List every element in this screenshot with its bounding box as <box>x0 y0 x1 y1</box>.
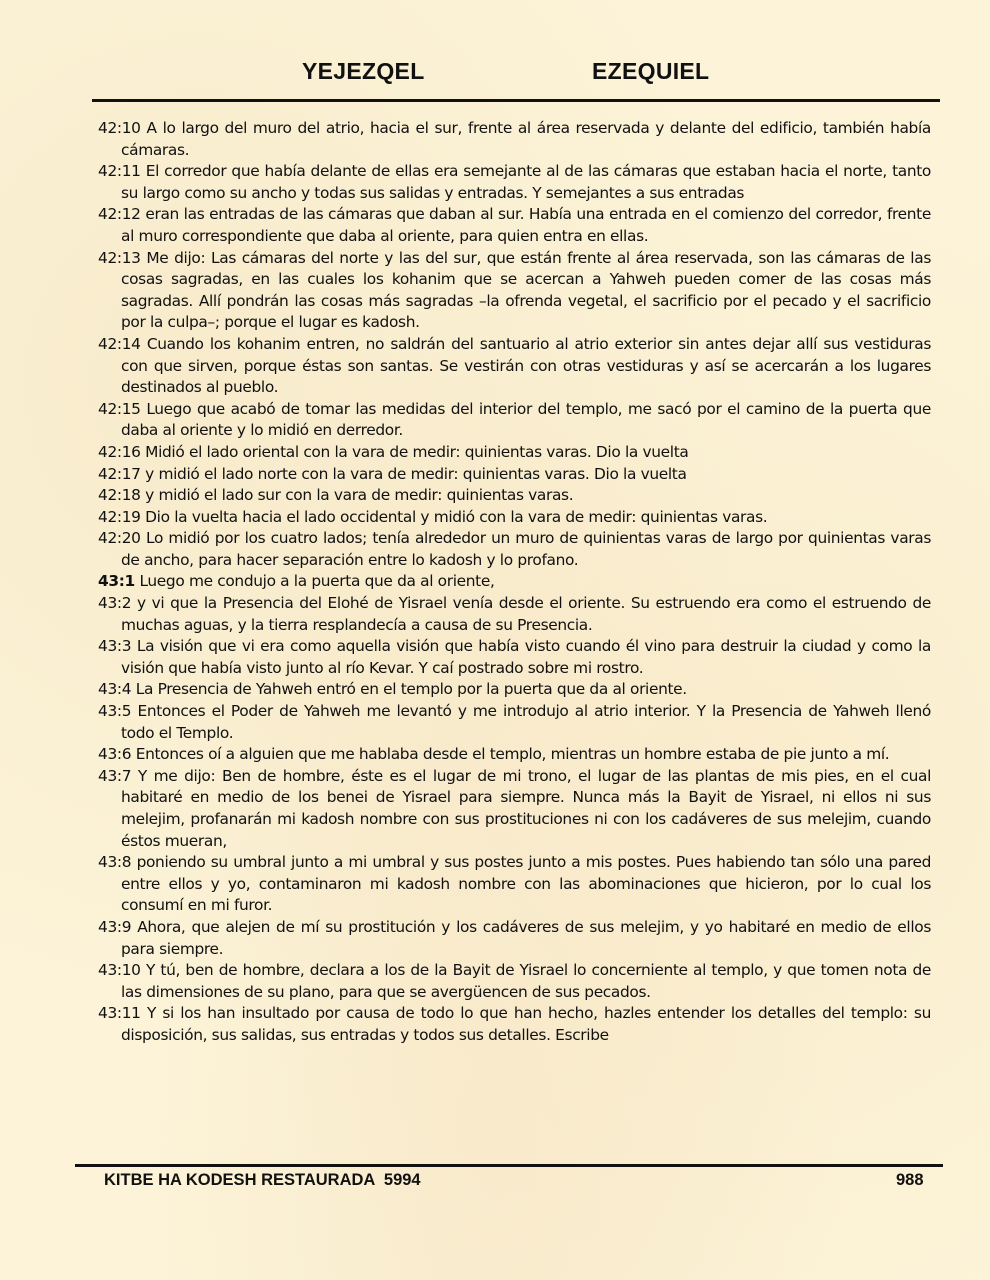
verse: 43:2 y vi que la Presencia del Elohé de … <box>98 593 931 636</box>
verse-reference: 42:18 <box>98 486 141 504</box>
verse: 42:20 Lo midió por los cuatro lados; ten… <box>98 528 931 571</box>
verse: 42:12 eran las entradas de las cámaras q… <box>98 204 931 247</box>
verse-text: Ahora, que alejen de mí su prostitución … <box>121 918 931 958</box>
verse-reference: 43:3 <box>98 637 131 655</box>
verse-reference: 42:20 <box>98 529 141 547</box>
verse-text: Me dijo: Las cámaras del norte y las del… <box>121 249 931 332</box>
verse-text: Midió el lado oriental con la vara de me… <box>145 443 688 461</box>
verse: 43:8 poniendo su umbral junto a mi umbra… <box>98 852 931 917</box>
verse-reference: 43:9 <box>98 918 131 936</box>
verse-text: Y me dijo: Ben de hombre, éste es el lug… <box>121 767 931 850</box>
verse-reference: 43:6 <box>98 745 131 763</box>
verse-reference: 42:14 <box>98 335 141 353</box>
verse: 42:15 Luego que acabó de tomar las medid… <box>98 399 931 442</box>
footer-divider <box>75 1164 943 1167</box>
verse-text: Luego que acabó de tomar las medidas del… <box>121 400 931 440</box>
verse: 42:18 y midió el lado sur con la vara de… <box>98 485 931 507</box>
verse-reference: 43:8 <box>98 853 131 871</box>
verse-text: y vi que la Presencia del Elohé de Yisra… <box>121 594 931 634</box>
verse-reference: 42:15 <box>98 400 141 418</box>
verse: 43:1 Luego me condujo a la puerta que da… <box>98 571 931 593</box>
verse-text: A lo largo del muro del atrio, hacia el … <box>121 119 931 159</box>
verse: 42:16 Midió el lado oriental con la vara… <box>98 442 931 464</box>
verse: 42:10 A lo largo del muro del atrio, hac… <box>98 118 931 161</box>
page-header: YEJEZQEL EZEQUIEL <box>0 58 990 92</box>
verse: 42:11 El corredor que había delante de e… <box>98 161 931 204</box>
verse-text: y midió el lado sur con la vara de medir… <box>145 486 573 504</box>
verse-reference: 43:11 <box>98 1004 141 1022</box>
footer-book-title: KITBE HA KODESH RESTAURADA 5994 <box>104 1171 421 1190</box>
header-divider <box>92 99 940 102</box>
verse-text: Luego me condujo a la puerta que da al o… <box>139 572 494 590</box>
verse: 43:11 Y si los han insultado por causa d… <box>98 1003 931 1046</box>
verse-reference: 42:16 <box>98 443 141 461</box>
verse-text: Lo midió por los cuatro lados; tenía alr… <box>121 529 931 569</box>
verse-text: La visión que vi era como aquella visión… <box>121 637 931 677</box>
verse: 42:17 y midió el lado norte con la vara … <box>98 464 931 486</box>
verse-reference: 42:19 <box>98 508 141 526</box>
verse: 43:6 Entonces oí a alguien que me hablab… <box>98 744 931 766</box>
verse-reference: 43:7 <box>98 767 131 785</box>
header-spanish-title: EZEQUIEL <box>592 58 709 85</box>
verse: 43:5 Entonces el Poder de Yahweh me leva… <box>98 701 931 744</box>
verse-text: poniendo su umbral junto a mi umbral y s… <box>121 853 931 914</box>
verse-reference: 43:4 <box>98 680 131 698</box>
verse-reference: 43:1 <box>98 572 135 590</box>
verse-text: Entonces el Poder de Yahweh me levantó y… <box>121 702 931 742</box>
verse-text: Entonces oí a alguien que me hablaba des… <box>136 745 890 763</box>
verse: 43:9 Ahora, que alejen de mí su prostitu… <box>98 917 931 960</box>
verse-reference: 42:17 <box>98 465 141 483</box>
verse-text: Y tú, ben de hombre, declara a los de la… <box>121 961 931 1001</box>
verse: 43:10 Y tú, ben de hombre, declara a los… <box>98 960 931 1003</box>
verse-text: eran las entradas de las cámaras que dab… <box>121 205 931 245</box>
verse-text: Cuando los kohanim entren, no saldrán de… <box>121 335 931 396</box>
verse-reference: 43:5 <box>98 702 131 720</box>
verse-text: La Presencia de Yahweh entró en el templ… <box>136 680 687 698</box>
header-hebrew-title: YEJEZQEL <box>302 58 425 85</box>
verse-reference: 42:12 <box>98 205 141 223</box>
verse-text: Y si los han insultado por causa de todo… <box>121 1004 931 1044</box>
verse-text: y midió el lado norte con la vara de med… <box>145 465 686 483</box>
verse: 42:13 Me dijo: Las cámaras del norte y l… <box>98 248 931 334</box>
verse-reference: 42:13 <box>98 249 141 267</box>
verse: 42:14 Cuando los kohanim entren, no sald… <box>98 334 931 399</box>
verse-reference: 42:11 <box>98 162 141 180</box>
verse-reference: 42:10 <box>98 119 141 137</box>
footer-page-number: 988 <box>896 1171 924 1190</box>
verse: 43:7 Y me dijo: Ben de hombre, éste es e… <box>98 766 931 852</box>
verse-reference: 43:10 <box>98 961 141 979</box>
verse-text: El corredor que había delante de ellas e… <box>121 162 931 202</box>
verse: 43:3 La visión que vi era como aquella v… <box>98 636 931 679</box>
verse-reference: 43:2 <box>98 594 131 612</box>
verse-list: 42:10 A lo largo del muro del atrio, hac… <box>98 118 931 1047</box>
verse-text: Dio la vuelta hacia el lado occidental y… <box>145 508 767 526</box>
verse: 43:4 La Presencia de Yahweh entró en el … <box>98 679 931 701</box>
verse: 42:19 Dio la vuelta hacia el lado occide… <box>98 507 931 529</box>
